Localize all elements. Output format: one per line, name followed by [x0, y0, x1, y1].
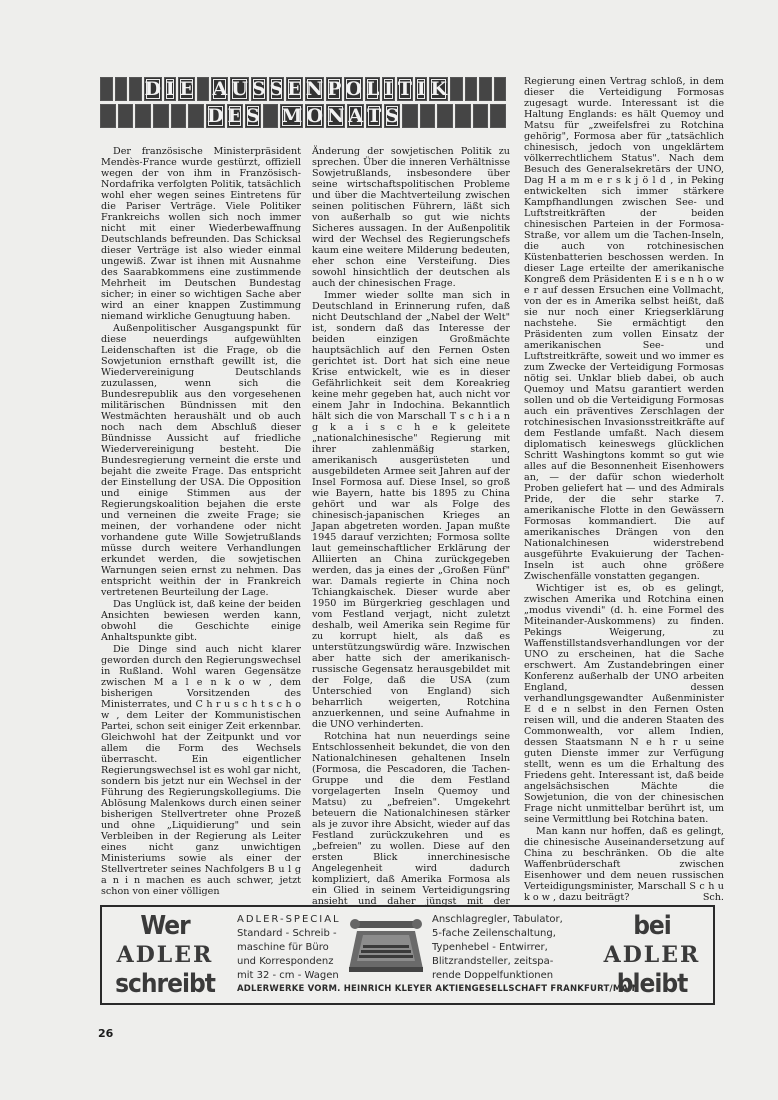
ad-product-line: mit 32 - cm - Wagen [237, 969, 347, 983]
title-letter-tile: S [269, 77, 285, 101]
author-signature: Sch. [691, 892, 724, 903]
title-letter-tile: A [211, 77, 228, 101]
article-column-2: Änderung der sowjetischen Politik zu spr… [312, 146, 510, 918]
paragraph: Wichtiger ist es, ob es gelingt, zwische… [524, 583, 724, 825]
title-letter-tile: P [326, 77, 342, 101]
paragraph: Die Dinge sind auch nicht klarer geworde… [101, 644, 301, 897]
title-letter-tile: L [365, 77, 380, 101]
title-letter-tile: O [344, 77, 363, 101]
ad-slogan-right: bei ADLER bleibt [597, 911, 707, 999]
paragraph: Man kann nur hoffen, daß es gelingt, die… [524, 826, 724, 903]
ad-feature-line: Typenhebel - Entwirrer, [432, 941, 582, 955]
title-letter-tile: U [230, 77, 249, 101]
title-blank-tile [263, 104, 279, 128]
title-letter-tile: E [227, 104, 243, 128]
paragraph-text: Man kann nur hoffen, daß es gelingt, die… [524, 826, 724, 903]
title-blank-tile [420, 104, 436, 128]
ad-product-line: und Korrespondenz [237, 955, 347, 969]
title-line-2: DESMONATS [100, 104, 508, 128]
ad-feature-line: Anschlagregler, Tabulator, [432, 913, 582, 927]
title-letter-tile: D [144, 77, 162, 101]
title-blank-tile [153, 104, 169, 128]
title-letter-tile: I [415, 77, 428, 101]
title-blank-tile [188, 104, 204, 128]
article-column-1: Der französische Ministerpräsident Mendè… [101, 146, 301, 897]
title-letter-tile: T [397, 77, 413, 101]
typewriter-icon [347, 913, 425, 973]
ad-slogan-word: Wer [110, 911, 220, 941]
ad-slogan-left: Wer ADLER schreibt [110, 911, 220, 999]
title-blank-tile [135, 104, 151, 128]
ad-brand-logo: ADLER [597, 941, 707, 969]
title-letter-tile: S [245, 104, 261, 128]
ad-product-line: Standard - Schreib - [237, 927, 347, 941]
ad-brand-logo: ADLER [110, 941, 220, 969]
title-letter-tile: N [305, 77, 324, 101]
title-letter-tile: S [251, 77, 267, 101]
ad-product-line: maschine für Büro [237, 941, 347, 955]
title-letter-tile: E [178, 77, 194, 101]
title-blank-tile [129, 77, 142, 101]
title-blank-tile [490, 104, 506, 128]
title-blank-tile [171, 104, 187, 128]
title-blank-tile [479, 77, 492, 101]
title-blank-tile [450, 77, 463, 101]
ad-feature-list: Anschlagregler, Tabulator, 5-fache Zeile… [432, 913, 582, 983]
title-letter-tile: S [384, 104, 400, 128]
article-title-banner: DIEAUSSENPOLITIK DESMONATS [100, 77, 508, 131]
page-number: 26 [98, 1027, 113, 1040]
title-letter-tile: D [206, 104, 224, 128]
paragraph: Immer wieder sollte man sich in Deutschl… [312, 290, 510, 730]
title-blank-tile [100, 104, 116, 128]
paragraph: Regierung einen Vertrag schloß, in dem d… [524, 76, 724, 582]
ad-feature-line: Blitzrandsteller, zeitspa- [432, 955, 582, 969]
title-blank-tile [115, 77, 128, 101]
title-letter-tile: A [347, 104, 364, 128]
paragraph: Änderung der sowjetischen Politik zu spr… [312, 146, 510, 289]
ad-feature-line: rende Doppelfunktionen [432, 969, 582, 983]
paragraph: Das Unglück ist, daß keine der beiden An… [101, 599, 301, 643]
title-blank-tile [437, 104, 453, 128]
title-letter-tile: K [429, 77, 448, 101]
ad-feature-line: 5-fache Zeilenschaltung, [432, 927, 582, 941]
ad-slogan-word: bleibt [597, 969, 707, 999]
adler-advertisement: Wer ADLER schreibt ADLER-SPECIAL Standar… [100, 905, 715, 1005]
title-letter-tile: O [305, 104, 324, 128]
title-blank-tile [100, 77, 113, 101]
title-letter-tile: M [280, 104, 303, 128]
title-letter-tile: I [382, 77, 395, 101]
ad-slogan-word: schreibt [110, 969, 220, 999]
ad-slogan-word: bei [597, 911, 707, 941]
title-blank-tile [402, 104, 418, 128]
title-blank-tile [465, 77, 478, 101]
title-letter-tile: I [164, 77, 177, 101]
title-blank-tile [118, 104, 134, 128]
title-blank-tile [473, 104, 489, 128]
ad-product-description: ADLER-SPECIAL Standard - Schreib - masch… [237, 913, 347, 983]
article-column-3: Regierung einen Vertrag schloß, in dem d… [524, 76, 724, 903]
title-letter-tile: N [326, 104, 345, 128]
paragraph: Der französische Ministerpräsident Mendè… [101, 146, 301, 322]
title-blank-tile [197, 77, 210, 101]
title-letter-tile: E [286, 77, 302, 101]
ad-product-name: ADLER-SPECIAL [237, 913, 347, 927]
title-line-1: DIEAUSSENPOLITIK [100, 77, 508, 101]
title-blank-tile [455, 104, 471, 128]
ad-company-name: ADLERWERKE VORM. HEINRICH KLEYER AKTIENG… [237, 984, 587, 994]
paragraph: Außenpolitischer Ausgangspunkt für diese… [101, 323, 301, 598]
paragraph: Rotchina hat nun neuerdings seine Entsch… [312, 731, 510, 918]
title-letter-tile: T [366, 104, 382, 128]
title-blank-tile [494, 77, 507, 101]
